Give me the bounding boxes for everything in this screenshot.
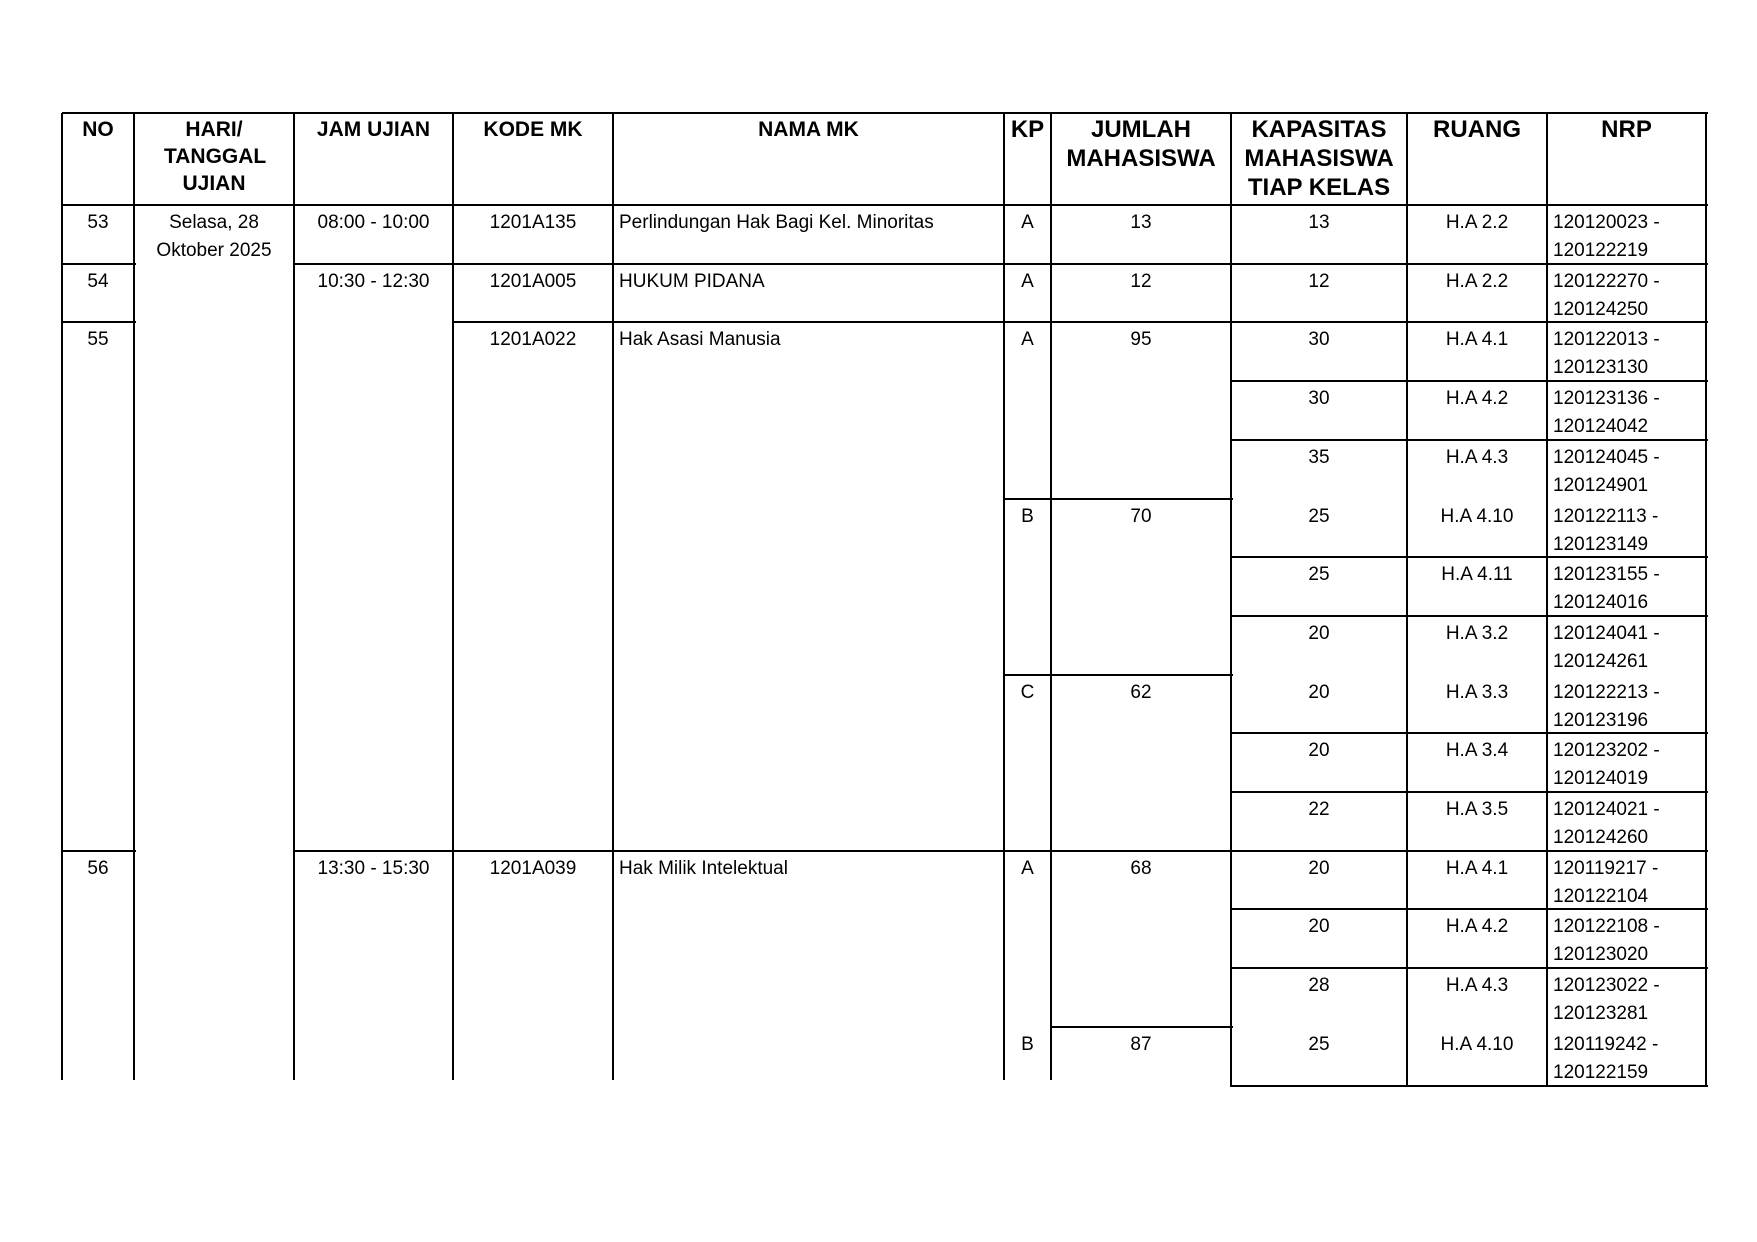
table-rule xyxy=(1003,113,1005,1080)
table-rule xyxy=(452,113,454,1080)
course-code: 1201A022 xyxy=(453,322,613,850)
exam-time: 10:30 - 12:30 xyxy=(294,264,453,323)
table-rule xyxy=(62,321,136,323)
room-capacity: 20 xyxy=(1231,675,1407,734)
nrp-range: 120122213 - 120123196 xyxy=(1547,675,1706,734)
room-name: H.A 3.5 xyxy=(1407,792,1547,851)
student-count: 12 xyxy=(1051,264,1231,323)
room-name: H.A 4.2 xyxy=(1407,381,1547,440)
row-number: 54 xyxy=(62,264,134,323)
table-rule xyxy=(1231,439,1708,441)
table-rule xyxy=(1231,615,1708,617)
room-name: H.A 4.11 xyxy=(1407,557,1547,616)
nrp-range: 120124021 - 120124260 xyxy=(1547,792,1706,851)
table-rule xyxy=(62,112,1708,114)
student-count: 87 xyxy=(1051,1027,1231,1086)
column-header-hari-tanggal: HARI/ TANGGAL UJIAN xyxy=(134,113,294,205)
row-number: 56 xyxy=(62,851,134,1080)
room-capacity: 20 xyxy=(1231,616,1407,675)
class-group-kp: B xyxy=(1004,1027,1051,1086)
room-name: H.A 4.10 xyxy=(1407,1027,1547,1086)
exam-time: 08:00 - 10:00 xyxy=(294,205,453,264)
room-name: H.A 4.10 xyxy=(1407,499,1547,558)
class-group-kp: A xyxy=(1004,264,1051,323)
room-capacity: 25 xyxy=(1231,557,1407,616)
student-count: 70 xyxy=(1051,499,1231,675)
course-code: 1201A005 xyxy=(453,264,613,323)
table-rule xyxy=(294,850,455,852)
table-rule xyxy=(133,113,135,1080)
column-header-nrp: NRP xyxy=(1547,113,1706,205)
room-name: H.A 4.3 xyxy=(1407,968,1547,1027)
room-name: H.A 4.1 xyxy=(1407,851,1547,910)
row-number: 55 xyxy=(62,322,134,850)
class-group-kp: A xyxy=(1004,851,1051,1027)
column-header-jam-ujian: JAM UJIAN xyxy=(294,113,453,205)
table-rule xyxy=(61,113,63,1080)
column-header-jumlah-mahasiswa: JUMLAH MAHASISWA xyxy=(1051,113,1231,205)
class-group-kp: C xyxy=(1004,675,1051,851)
course-code: 1201A039 xyxy=(453,851,613,1080)
table-rule xyxy=(62,263,136,265)
nrp-range: 120124045 - 120124901 xyxy=(1547,440,1706,499)
course-code: 1201A135 xyxy=(453,205,613,264)
table-rule xyxy=(1230,113,1232,1087)
course-name: Hak Milik Intelektual xyxy=(613,851,1004,1080)
class-group-kp: A xyxy=(1004,322,1051,498)
room-name: H.A 2.2 xyxy=(1407,205,1547,264)
room-capacity: 20 xyxy=(1231,733,1407,792)
table-rule xyxy=(1231,380,1708,382)
class-group-kp: A xyxy=(1004,205,1051,264)
column-header-ruang: RUANG xyxy=(1407,113,1547,205)
course-name: Perlindungan Hak Bagi Kel. Minoritas xyxy=(613,205,1004,264)
table-rule xyxy=(1004,498,1233,500)
student-count: 95 xyxy=(1051,322,1231,498)
exam-time: 13:30 - 15:30 xyxy=(294,851,453,1080)
table-rule xyxy=(1231,908,1708,910)
room-name: H.A 3.3 xyxy=(1407,675,1547,734)
course-name: HUKUM PIDANA xyxy=(613,264,1004,323)
column-header-kode-mk: KODE MK xyxy=(453,113,613,205)
table-rule xyxy=(612,113,614,1080)
exam-date-cell: Selasa, 28 Oktober 2025 xyxy=(134,205,294,1080)
table-rule xyxy=(294,263,455,265)
table-rule xyxy=(1231,791,1708,793)
room-capacity: 30 xyxy=(1231,322,1407,381)
room-capacity: 12 xyxy=(1231,264,1407,323)
nrp-range: 120123022 - 120123281 xyxy=(1547,968,1706,1027)
room-capacity: 20 xyxy=(1231,851,1407,910)
course-name: Hak Asasi Manusia xyxy=(613,322,1004,850)
nrp-range: 120123136 - 120124042 xyxy=(1547,381,1706,440)
table-rule xyxy=(1051,1026,1233,1028)
room-capacity: 30 xyxy=(1231,381,1407,440)
room-name: H.A 4.2 xyxy=(1407,909,1547,968)
nrp-range: 120119217 - 120122104 xyxy=(1547,851,1706,910)
table-rule xyxy=(62,850,136,852)
nrp-range: 120122270 - 120124250 xyxy=(1547,264,1706,323)
room-capacity: 35 xyxy=(1231,440,1407,499)
table-rule xyxy=(293,113,295,1080)
room-capacity: 25 xyxy=(1231,499,1407,558)
class-group-kp: B xyxy=(1004,499,1051,675)
student-count: 68 xyxy=(1051,851,1231,1027)
column-header-nama-mk: NAMA MK xyxy=(613,113,1004,205)
row-number: 53 xyxy=(62,205,134,264)
student-count: 13 xyxy=(1051,205,1231,264)
nrp-range: 120122108 - 120123020 xyxy=(1547,909,1706,968)
room-name: H.A 4.3 xyxy=(1407,440,1547,499)
student-count: 62 xyxy=(1051,675,1231,851)
room-name: H.A 4.1 xyxy=(1407,322,1547,381)
table-rule xyxy=(1231,556,1708,558)
table-rule xyxy=(1050,113,1052,1080)
room-capacity: 20 xyxy=(1231,909,1407,968)
nrp-range: 120122013 - 120123130 xyxy=(1547,322,1706,381)
table-rule xyxy=(1231,1085,1708,1087)
nrp-range: 120122113 - 120123149 xyxy=(1547,499,1706,558)
room-capacity: 28 xyxy=(1231,968,1407,1027)
nrp-range: 120119242 - 120122159 xyxy=(1547,1027,1706,1086)
room-name: H.A 3.4 xyxy=(1407,733,1547,792)
nrp-range: 120124041 - 120124261 xyxy=(1547,616,1706,675)
column-header-kapasitas: KAPASITAS MAHASISWA TIAP KELAS xyxy=(1231,113,1407,205)
room-name: H.A 3.2 xyxy=(1407,616,1547,675)
table-rule xyxy=(1705,113,1707,1087)
column-header-kp: KP xyxy=(1004,113,1051,205)
table-rule xyxy=(1004,674,1233,676)
nrp-range: 120120023 - 120122219 xyxy=(1547,205,1706,264)
nrp-range: 120123202 - 120124019 xyxy=(1547,733,1706,792)
nrp-range: 120123155 - 120124016 xyxy=(1547,557,1706,616)
room-capacity: 22 xyxy=(1231,792,1407,851)
table-rule xyxy=(1546,113,1548,1087)
room-capacity: 25 xyxy=(1231,1027,1407,1086)
exam-schedule-table: NOHARI/ TANGGAL UJIANJAM UJIANKODE MKNAM… xyxy=(0,0,1757,1242)
room-name: H.A 2.2 xyxy=(1407,264,1547,323)
room-capacity: 13 xyxy=(1231,205,1407,264)
table-rule xyxy=(1231,967,1708,969)
table-rule xyxy=(1231,732,1708,734)
column-header-no: NO xyxy=(62,113,134,205)
table-rule xyxy=(1406,113,1408,1087)
